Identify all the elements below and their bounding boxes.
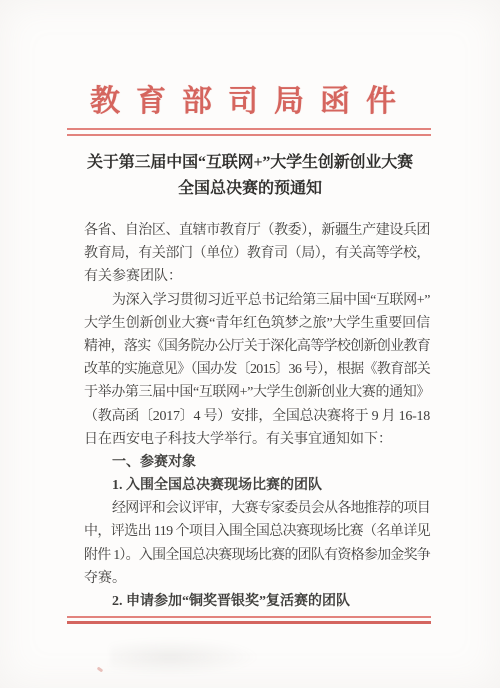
document-body: 各省、自治区、直辖市教育厅（教委），新疆生产建设兵团 教育局，有关部门（单位）教… <box>84 219 430 613</box>
footer-divider <box>67 616 431 624</box>
item-heading: 1. 入围全国总决赛现场比赛的团队 <box>112 474 430 497</box>
header-divider <box>67 128 431 136</box>
agency-header: 教育部司局函件 <box>90 80 412 124</box>
body-line: 大学生创新创业大赛“青年红色筑梦之旅”大学生重要回信 <box>84 312 430 335</box>
body-line: 夺赛。 <box>84 567 430 590</box>
title-line-1: 关于第三届中国“互联网+”大学生创新创业大赛 <box>87 150 413 176</box>
body-line: 于举办第三届中国“互联网+”大学生创新创业大赛的通知》 <box>84 381 430 404</box>
body-line: 日在西安电子科技大学举行。有关事宜通知如下： <box>84 428 430 451</box>
body-line: 经网评和会议评审，大赛专家委员会从各地推荐的项目 <box>112 497 430 520</box>
agency-header-text: 教育部司局函件 <box>90 85 412 118</box>
body-line: 各省、自治区、直辖市教育厅（教委），新疆生产建设兵团 <box>84 219 430 242</box>
section-heading: 一、参赛对象 <box>112 451 430 474</box>
body-line: 精神，落实《国务院办公厅关于深化高等学校创新创业教育 <box>84 335 430 358</box>
scan-smudge <box>110 638 260 676</box>
title-line-2: 全国总决赛的预通知 <box>0 176 500 202</box>
body-line: 为深入学习贯彻习近平总书记给第三届中国“互联网+” <box>112 289 430 312</box>
body-line: （教高函〔2017〕4 号）安排，全国总决赛将于 9 月 16-18 <box>84 405 430 428</box>
document-title: 关于第三届中国“互联网+”大学生创新创业大赛 全国总决赛的预通知 <box>0 150 500 202</box>
document-page: 教育部司局函件 关于第三届中国“互联网+”大学生创新创业大赛 全国总决赛的预通知… <box>0 0 500 688</box>
body-line: 教育局，有关部门（单位）教育司（局），有关高等学校， <box>84 242 430 265</box>
scan-speck <box>97 667 104 673</box>
body-line: 有关参赛团队： <box>84 265 430 288</box>
item-heading: 2. 申请参加“铜奖晋银奖”复活赛的团队 <box>112 590 430 613</box>
body-line: 改革的实施意见》（国办发〔2015〕36 号），根据《教育部关 <box>84 358 430 381</box>
body-line: 附件 1）。入围全国总决赛现场比赛的团队有资格参加金奖争 <box>84 544 430 567</box>
body-line: 中，评选出 119 个项目入围全国总决赛现场比赛（名单详见 <box>84 520 430 543</box>
